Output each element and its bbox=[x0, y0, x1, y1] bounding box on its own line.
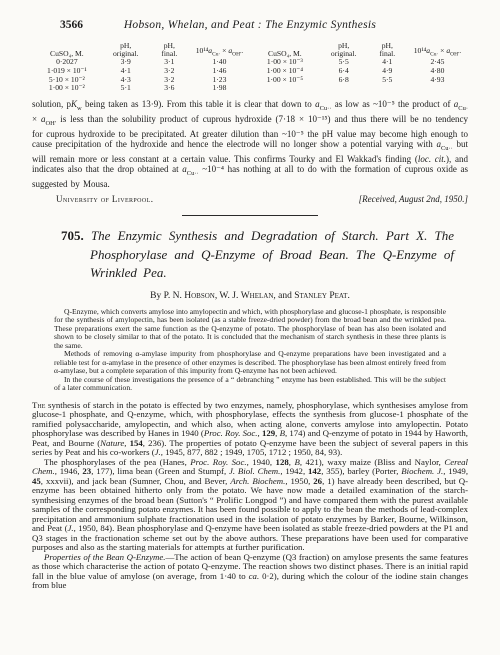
table-row: 1·019 × 10⁻¹ 4·1 3·2 1·46 1·00 × 10⁻⁴ 6·… bbox=[32, 67, 468, 76]
table-cell bbox=[368, 84, 407, 93]
col-header-cuso4: CuSO₄, M. bbox=[250, 42, 320, 58]
running-header: 3566 Hobson, Whelan, and Peat : The Enzy… bbox=[32, 19, 468, 33]
body-paragraph: Properties of the Bean Q-Enzyme.—The act… bbox=[32, 553, 468, 591]
affiliation: University of Liverpool. bbox=[32, 194, 153, 204]
col-header-product: 10¹⁴aCu· × aOH′. bbox=[407, 42, 468, 58]
body-paragraph: The synthesis of starch in the potato is… bbox=[32, 401, 468, 458]
signoff-row: University of Liverpool. [Received, Augu… bbox=[32, 194, 468, 204]
table-header-row: CuSO₄, M. pH, original. pH, final. 10¹⁴a… bbox=[32, 42, 468, 58]
table-cell: 4·93 bbox=[407, 76, 468, 85]
table-cell: 5·5 bbox=[368, 76, 407, 85]
abstract: Q-Enzyme, which converts amylose into am… bbox=[54, 308, 446, 393]
journal-page: 3566 Hobson, Whelan, and Peat : The Enzy… bbox=[0, 0, 500, 655]
col-header-product: 10¹⁴aCu· × aOH′. bbox=[189, 42, 250, 58]
page-number: 3566 bbox=[60, 19, 83, 31]
col-header-ph-original: pH, original. bbox=[102, 42, 150, 58]
table-row: 5·10 × 10⁻² 4·3 3·2 1·23 1·00 × 10⁻⁵ 6·8… bbox=[32, 76, 468, 85]
article-title: 705. The Enzymic Synthesis and Degradati… bbox=[90, 227, 454, 283]
byline: By P. N. Hobson, W. J. Whelan, and Stanl… bbox=[32, 291, 468, 301]
results-table: CuSO₄, M. pH, original. pH, final. 10¹⁴a… bbox=[32, 42, 468, 93]
table-cell bbox=[320, 84, 368, 93]
table-cell: 6·8 bbox=[320, 76, 368, 85]
table-cell bbox=[407, 84, 468, 93]
table-row: 1·00 × 10⁻² 5·1 3·6 1·98 bbox=[32, 84, 468, 93]
abstract-paragraph: In the course of these investigations th… bbox=[54, 376, 446, 393]
col-header-ph-final: pH, final. bbox=[150, 42, 189, 58]
col-header-ph-final: pH, final. bbox=[368, 42, 407, 58]
abstract-paragraph: Methods of removing α-amylase impurity f… bbox=[54, 350, 446, 376]
table-cell: 3·6 bbox=[150, 84, 189, 93]
abstract-paragraph: Q-Enzyme, which converts amylose into am… bbox=[54, 308, 446, 351]
body-paragraph: The phosphorylases of the pea (Hanes, Pr… bbox=[32, 458, 468, 553]
table-row: 0·2027 3·9 3·1 1·40 1·00 × 10⁻³ 5·5 4·1 … bbox=[32, 58, 468, 67]
col-header-ph-original: pH, original. bbox=[320, 42, 368, 58]
table-cell: 1·98 bbox=[189, 84, 250, 93]
article-body: The synthesis of starch in the potato is… bbox=[32, 401, 468, 591]
received-date: [Received, August 2nd, 1950.] bbox=[359, 194, 468, 204]
table-cell: 1·00 × 10⁻² bbox=[32, 84, 102, 93]
table-cell: 1·00 × 10⁻⁵ bbox=[250, 76, 320, 85]
continuation-paragraph: solution, pKw being taken as 13·9). From… bbox=[32, 99, 468, 190]
section-divider bbox=[182, 215, 318, 216]
table-cell: 5·1 bbox=[102, 84, 150, 93]
table-cell bbox=[250, 84, 320, 93]
running-title: Hobson, Whelan, and Peat : The Enzymic S… bbox=[32, 19, 468, 31]
col-header-cuso4: CuSO₄, M. bbox=[32, 42, 102, 58]
